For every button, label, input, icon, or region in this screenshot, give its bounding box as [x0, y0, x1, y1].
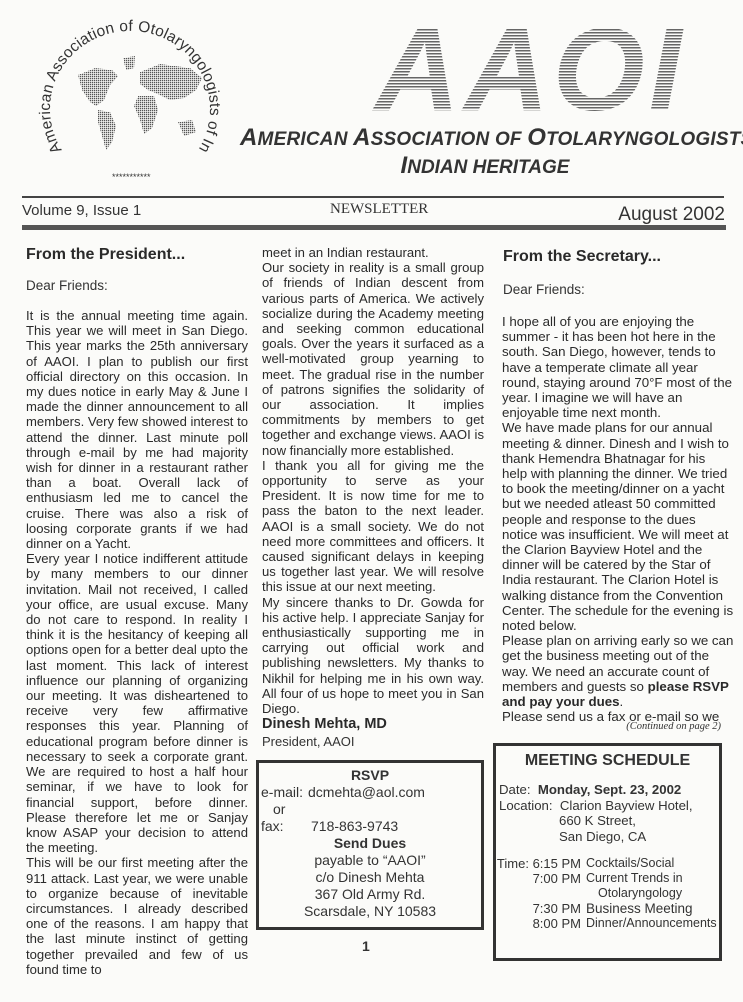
schedule-row: 7:30 PMBusiness Meeting — [496, 901, 719, 916]
meeting-date: Date: Monday, Sept. 23, 2002 — [496, 782, 719, 798]
header-rule — [22, 196, 724, 198]
fax-number: 718-863-9743 — [311, 818, 398, 835]
org-name-line1: AMERICAN ASSOCIATION OF OTOLARYNGOLOGIST… — [240, 124, 730, 152]
schedule-row: Time: 6:15 PMCocktails/Social — [496, 856, 719, 871]
rsvp-title: RSVP — [259, 767, 481, 784]
schedule-row: 7:00 PMCurrent Trends in — [496, 871, 719, 886]
send-dues-title: Send Dues — [259, 835, 481, 852]
dues-line: 367 Old Army Rd. — [259, 886, 481, 903]
continued-note: (Continued on page 2) — [626, 721, 721, 732]
president-heading: From the President... — [26, 246, 185, 264]
fax-label: fax: — [261, 818, 311, 835]
volume-issue: Volume 9, Issue 1 — [22, 202, 141, 219]
location-line: San Diego, CA — [496, 829, 719, 845]
dues-line: Scarsdale, NY 10583 — [259, 903, 481, 920]
rsvp-box: RSVP e-mail:dcmehta@aol.com or fax:718-8… — [256, 760, 484, 930]
meeting-schedule-title: MEETING SCHEDULE — [496, 752, 719, 770]
meeting-schedule-box: MEETING SCHEDULE Date: Monday, Sept. 23,… — [493, 743, 722, 961]
issue-date: August 2002 — [618, 204, 725, 226]
association-logo: American Association of Otolaryngologist… — [20, 10, 245, 195]
masthead-bar — [22, 225, 726, 230]
email-label: e-mail: — [261, 784, 303, 801]
page-number: 1 — [362, 938, 370, 954]
svg-text:AAOI: AAOI — [372, 20, 686, 120]
secretary-letter: I hope all of you are enjoying the summe… — [502, 314, 734, 724]
dues-line: c/o Dinesh Mehta — [259, 869, 481, 886]
secretary-heading: From the Secretary... — [503, 248, 661, 266]
rsvp-email-link[interactable]: dcmehta@aol.com — [308, 784, 425, 801]
org-name-line2: INDIAN HERITAGE — [240, 152, 730, 180]
paragraph: I thank you all for giving me the opport… — [262, 458, 484, 595]
paragraph: My sincere thanks to Dr. Gowda for his a… — [262, 595, 484, 717]
president-greeting: Dear Friends: — [26, 278, 108, 293]
president-letter-col2: meet in an Indian restaurant. Our societ… — [262, 245, 484, 716]
newsletter-label: NEWSLETTER — [330, 201, 428, 218]
svg-text:***********: *********** — [112, 172, 151, 182]
signature-title: President, AAOI — [262, 734, 355, 749]
paragraph: It is the annual meeting time again. Thi… — [26, 308, 248, 551]
paragraph: Every year I notice indifferent attitude… — [26, 551, 248, 855]
schedule-row: 8:00 PMDinner/Announcements — [496, 916, 719, 931]
dues-line: payable to “AAOI” — [259, 852, 481, 869]
location-line: 660 K Street, — [496, 813, 719, 829]
paragraph: We have made plans for our annual meetin… — [502, 420, 734, 633]
paragraph: meet in an Indian restaurant. — [262, 245, 484, 260]
paragraph: This will be our first meeting after the… — [26, 855, 248, 977]
president-letter-col1: It is the annual meeting time again. Thi… — [26, 308, 248, 977]
or-label: or — [273, 801, 285, 818]
paragraph: Our society in reality is a small group … — [262, 260, 484, 458]
secretary-greeting: Dear Friends: — [503, 282, 585, 297]
paragraph: I hope all of you are enjoying the summe… — [502, 314, 734, 420]
world-globe-icon: American Association of Otolaryngologist… — [20, 10, 245, 195]
meeting-location: Location: Clarion Bayview Hotel, — [496, 798, 719, 814]
paragraph: Please plan on arriving early so we can … — [502, 633, 734, 709]
schedule-row-cont: Otolaryngology — [496, 886, 719, 901]
signature-name: Dinesh Mehta, MD — [262, 716, 387, 732]
aaoi-wordmark: AAOI — [330, 20, 730, 120]
